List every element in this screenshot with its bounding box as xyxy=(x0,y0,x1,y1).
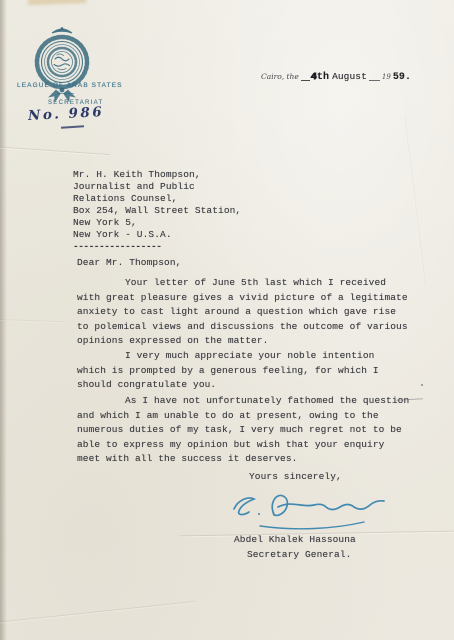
address-line: Mr. H. Keith Thompson, xyxy=(73,169,241,181)
body-line: numerous duties of my task, I very much … xyxy=(77,423,413,438)
address-line: Relations Counsel, xyxy=(73,193,241,205)
address-line: Box 254, Wall Street Station, xyxy=(73,205,241,217)
dateline-year: 59. xyxy=(393,72,411,83)
org-name: LEAGUE OF ARAB STATES xyxy=(17,82,123,89)
stray-ink-speck xyxy=(421,384,423,386)
hassouna-signature-icon xyxy=(226,487,394,537)
dateline-year-prefix: 19 xyxy=(382,73,391,81)
body-line: As I have not unfortunately fathomed the… xyxy=(77,394,413,409)
body-line: opinions expressed on the matter. xyxy=(77,334,413,349)
dateline-month: August xyxy=(332,71,367,82)
body-paragraph: I very much appreciate your noble intent… xyxy=(77,349,413,393)
paper-crease xyxy=(404,116,426,285)
dateline: Cairo, the 4th August 19 59. xyxy=(261,71,411,83)
body-line: able to express my opinion but wish that… xyxy=(77,438,413,453)
recipient-address: Mr. H. Keith Thompson,Journalist and Pub… xyxy=(73,169,241,253)
paper-crease xyxy=(0,601,194,624)
paper-stain xyxy=(28,0,86,5)
ref-number-underline xyxy=(61,125,84,129)
body-line: I very much appreciate your noble intent… xyxy=(77,349,413,364)
valediction: Yours sincerely, xyxy=(249,471,342,482)
dateline-rule xyxy=(369,80,380,81)
signer-title: Secretary General. xyxy=(247,549,351,560)
address-line: New York 5, xyxy=(73,217,241,229)
scanned-letter-page: LEAGUE OF ARAB STATES SECRETARIAT No. 98… xyxy=(0,0,454,640)
org-underline xyxy=(57,93,74,94)
address-line: Journalist and Public xyxy=(73,181,241,193)
body-paragraph: Your letter of June 5th last which I rec… xyxy=(77,276,413,349)
arab-league-seal-icon xyxy=(30,24,94,104)
dateline-rule xyxy=(301,80,310,81)
salutation: Dear Mr. Thompson, xyxy=(77,257,181,268)
paper-crease xyxy=(0,146,110,155)
dateline-day: 4th xyxy=(311,72,329,83)
address-line: ----------------- xyxy=(73,241,241,253)
dateline-place: Cairo, the xyxy=(261,72,299,81)
body-line: Your letter of June 5th last which I rec… xyxy=(77,276,413,291)
body-line: anxiety to cast light around a question … xyxy=(77,305,413,320)
body-paragraph: As I have not unfortunately fathomed the… xyxy=(77,394,413,467)
handwritten-ref-number: No. 986 xyxy=(28,104,105,124)
body-line: to polemical views and discussions the o… xyxy=(77,320,413,335)
paper-crease xyxy=(0,319,65,322)
body-line: meet with all the success it deserves. xyxy=(77,452,413,467)
body-line: and which I am unable to do at present, … xyxy=(77,409,413,424)
body-line: with great pleasure gives a vivid pictur… xyxy=(77,291,413,306)
body-line: should congratulate you. xyxy=(77,378,413,393)
body-line: which is prompted by a generous feeling,… xyxy=(77,364,413,379)
signer-name: Abdel Khalek Hassouna xyxy=(234,534,356,545)
address-line: New York - U.S.A. xyxy=(73,229,241,241)
